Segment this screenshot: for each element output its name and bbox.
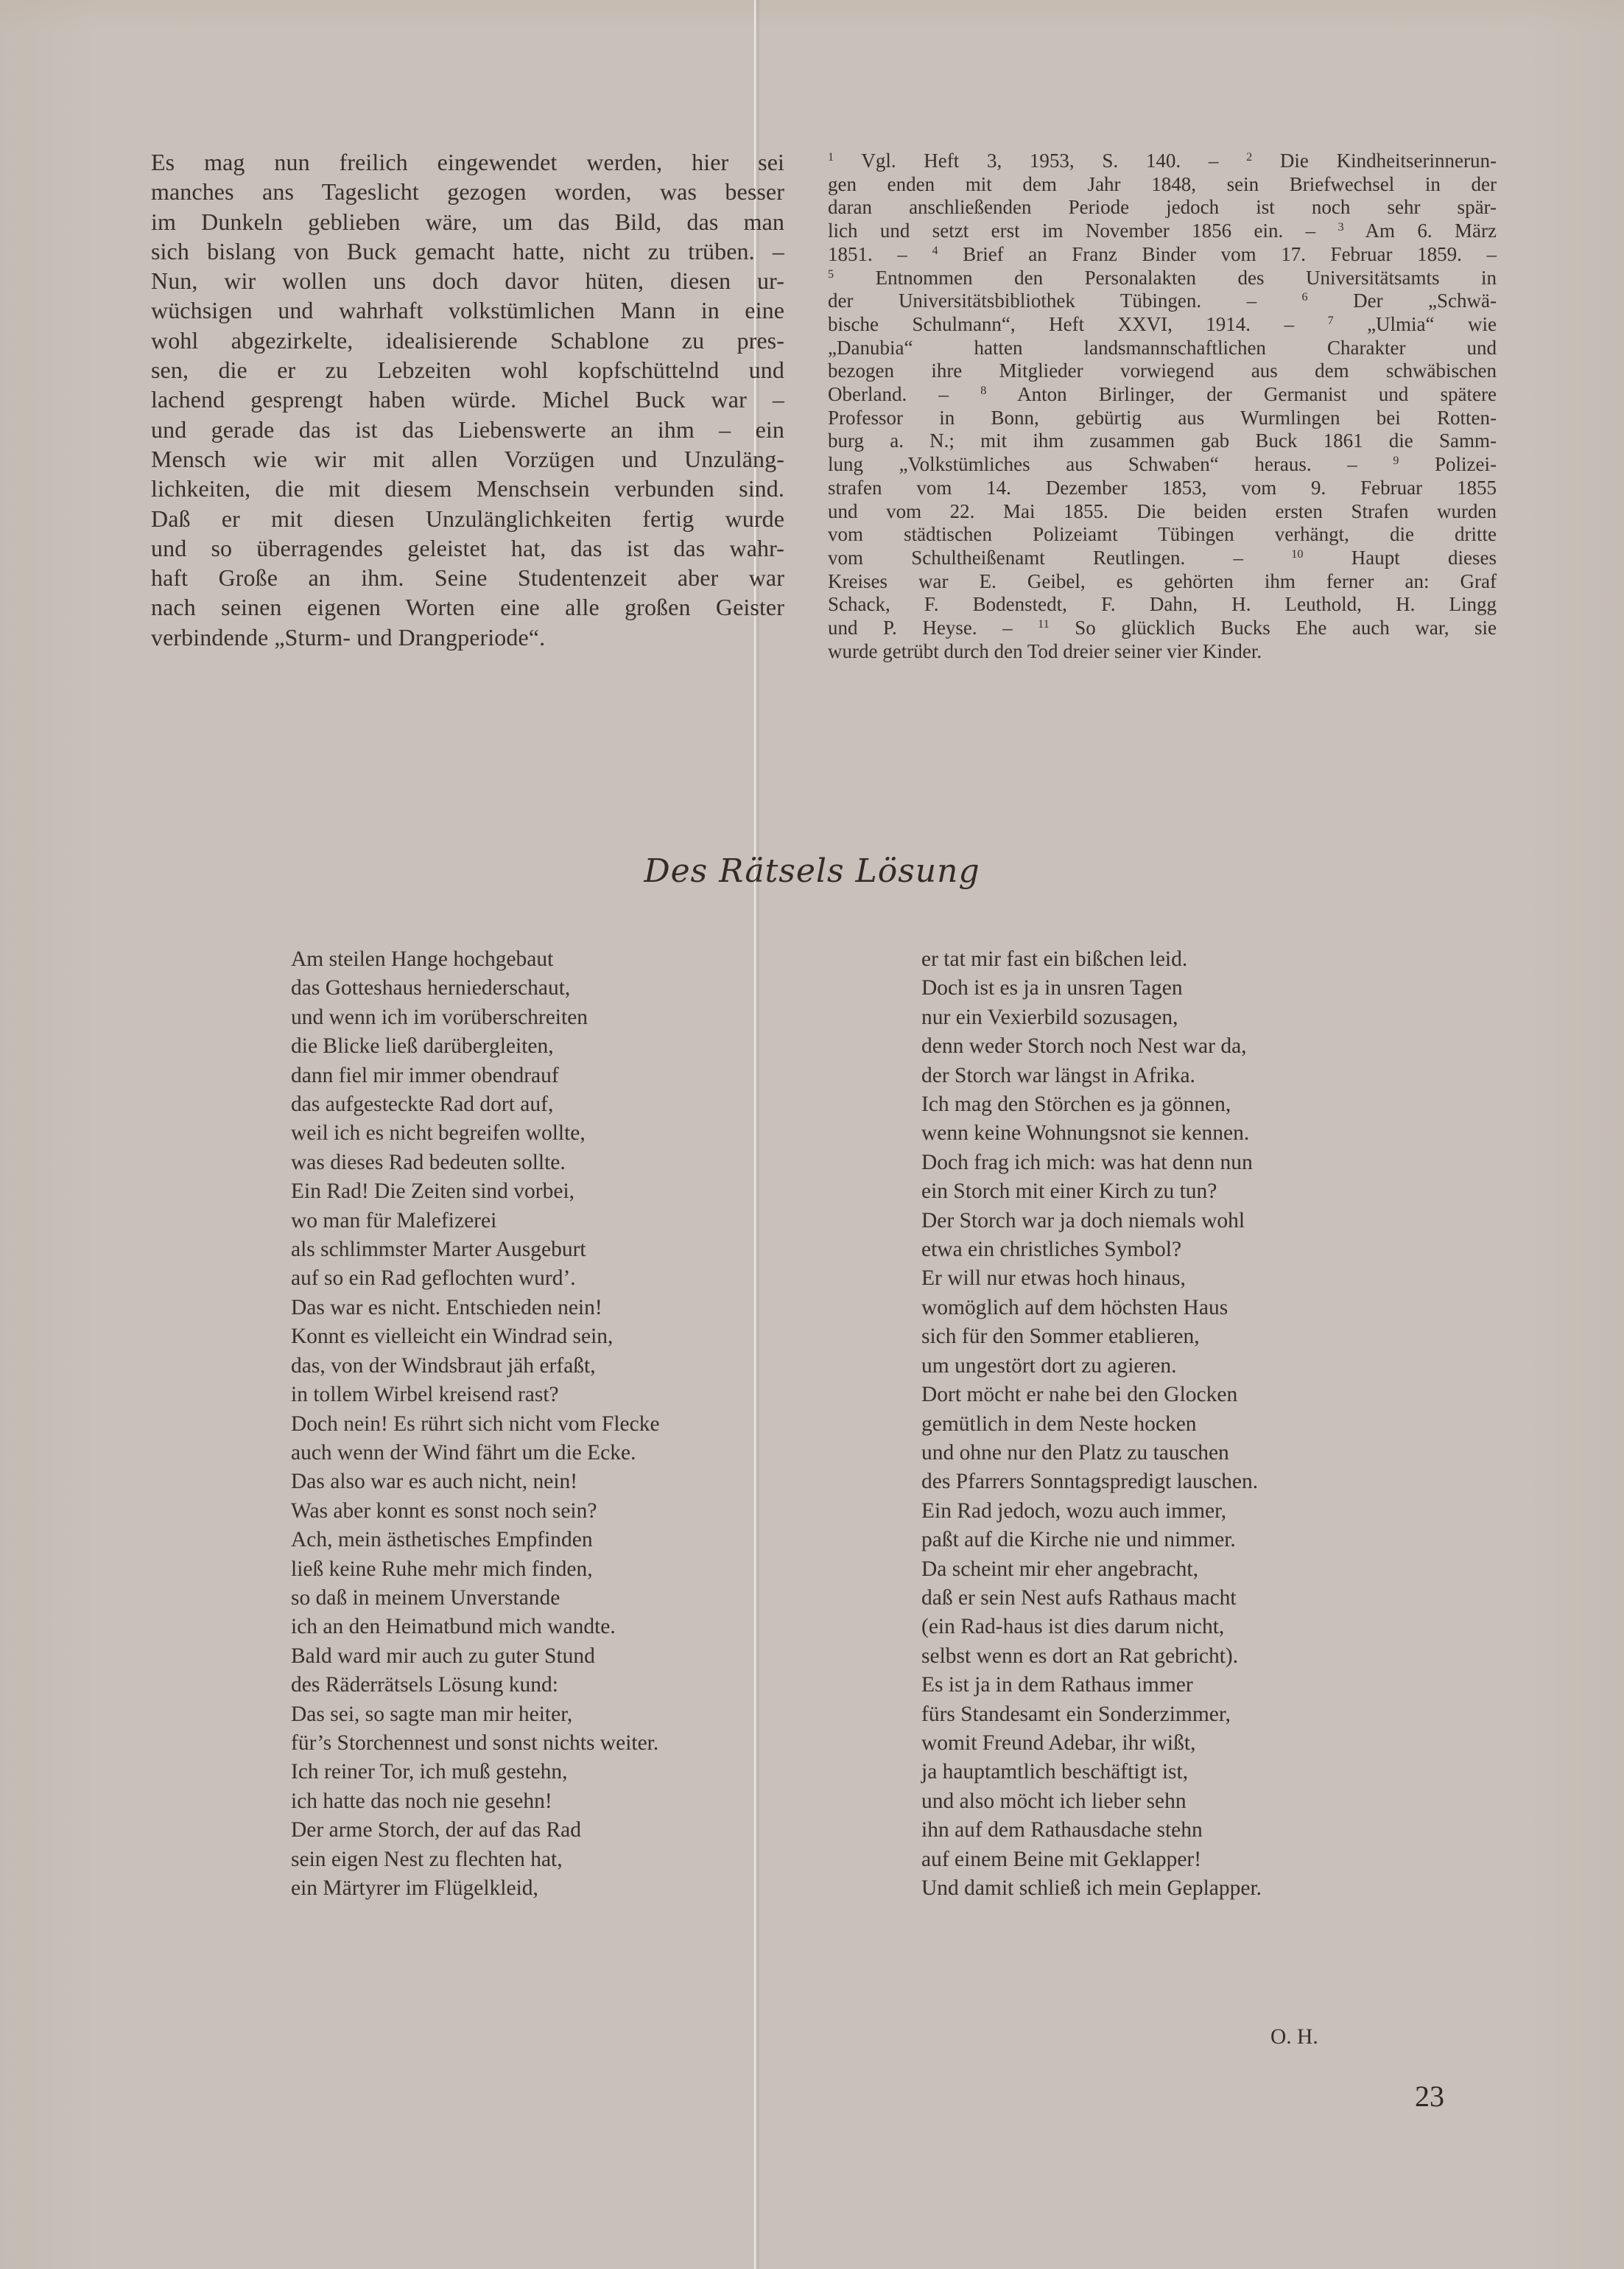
poem-verse: Und damit schließ ich mein Geplapper. (921, 1874, 1262, 1903)
poem-verse: dann fiel mir immer obendrauf (291, 1062, 660, 1090)
poem-verse: des Pfarrers Sonntagspredigt lauschen. (921, 1467, 1262, 1496)
poem-verse: das, von der Windsbraut jäh erfaßt, (291, 1352, 660, 1381)
poem-verse: (ein Rad-haus ist dies darum nicht, (921, 1613, 1262, 1641)
footnote-text: So glücklich Bucks Ehe auch war, sie (1050, 617, 1497, 639)
prose-line: lachend gesprengt haben würde. Michel Bu… (151, 385, 784, 414)
poem-verse: wenn keine Wohnungsnot sie kennen. (921, 1119, 1262, 1148)
poem-verse: Was aber konnt es sonst noch sein? (291, 1497, 660, 1526)
poem-verse: womöglich auf dem höchsten Haus (921, 1294, 1262, 1322)
poem-verse: auch wenn der Wind fährt um die Ecke. (291, 1439, 660, 1467)
poem-verse: fürs Standesamt ein Sonderzimmer, (921, 1700, 1262, 1729)
article-prose-column: Es mag nun freilich eingewendet werden, … (151, 147, 784, 652)
poem-verse: Ach, mein ästhetisches Empfinden (291, 1526, 660, 1554)
footnote-line: lich und setzt erst im November 1856 ein… (828, 220, 1497, 243)
poem-verse: und wenn ich im vorüberschreiten (291, 1003, 660, 1032)
footnote-line: strafen vom 14. Dezember 1853, vom 9. Fe… (828, 477, 1497, 500)
footnote-text: Oberland. – (828, 383, 980, 405)
poem-verse: ich an den Heimatbund mich wandte. (291, 1613, 660, 1641)
poem-left-column: Am steilen Hange hochgebaut das Gottesha… (291, 945, 660, 1903)
poem-verse: in tollem Wirbel kreisend rast? (291, 1381, 660, 1409)
prose-line: nach seinen eigenen Worten eine alle gro… (151, 592, 784, 622)
footnote-text: Am 6. März (1344, 220, 1497, 242)
poem-verse: Doch nein! Es rührt sich nicht vom Fleck… (291, 1410, 660, 1439)
footnote-line: bezogen ihre Mitglieder vorwiegend aus d… (828, 360, 1497, 383)
page-number: 23 (1415, 2079, 1444, 2114)
footnote-line: „Danubia“ hatten landsmannschaftlichen C… (828, 337, 1497, 360)
poem-verse: ja hauptamtlich beschäftigt ist, (921, 1758, 1262, 1786)
prose-line: verbindende „Sturm- und Drangperiode“. (151, 623, 784, 652)
footnote-text: der Universitätsbibliothek Tübingen. – (828, 290, 1302, 312)
footnote-text: Vgl. Heft 3, 1953, S. 140. – (834, 150, 1246, 172)
footnote-text: Der „Schwä- (1308, 290, 1497, 312)
poem-verse: Am steilen Hange hochgebaut (291, 945, 660, 974)
poem-verse: der Storch war längst in Afrika. (921, 1062, 1262, 1090)
footnote-text: bische Schulmann“, Heft XXVI, 1914. – (828, 313, 1328, 335)
footnote-line: Schack, F. Bodenstedt, F. Dahn, H. Leuth… (828, 593, 1497, 617)
poem-verse: er tat mir fast ein bißchen leid. (921, 945, 1262, 974)
poem-verse: die Blicke ließ darübergleiten, (291, 1032, 660, 1061)
prose-line: und so überragendes geleistet hat, das i… (151, 533, 784, 563)
poem-verse: und ohne nur den Platz zu tauschen (921, 1439, 1262, 1467)
prose-line: sen, die er zu Lebzeiten wohl kopfschütt… (151, 355, 784, 385)
footnote-text: „Ulmia“ wie (1334, 313, 1497, 335)
footnote-line: vom Schultheißenamt Reutlingen. – 10 Hau… (828, 547, 1497, 570)
poem-verse: ihn auf dem Rathausdache stehn (921, 1816, 1262, 1845)
poem-verse: und also möcht ich lieber sehn (921, 1787, 1262, 1816)
poem-verse: was dieses Rad bedeuten sollte. (291, 1148, 660, 1177)
footnote-text: lung „Volkstümliches aus Schwaben“ herau… (828, 453, 1393, 475)
poem-verse: denn weder Storch noch Nest war da, (921, 1032, 1262, 1061)
footnote-marker: 5 (828, 267, 834, 281)
poem-verse: als schlimmster Marter Ausgeburt (291, 1235, 660, 1264)
poem-verse: auf einem Beine mit Geklapper! (921, 1845, 1262, 1874)
poem-verse: womit Freund Adebar, ihr wißt, (921, 1729, 1262, 1758)
footnote-text: Anton Birlinger, der Germanist und späte… (986, 383, 1497, 405)
footnote-marker: 7 (1328, 314, 1334, 327)
footnote-text: lich und setzt erst im November 1856 ein… (828, 220, 1338, 242)
poem-verse: gemütlich in dem Neste hocken (921, 1410, 1262, 1439)
poem-verse: weil ich es nicht begreifen wollte, (291, 1119, 660, 1148)
footnote-line: 5 Entnommen den Personalakten des Univer… (828, 267, 1497, 290)
prose-line: Nun, wir wollen uns doch davor hüten, di… (151, 266, 784, 295)
poem-verse: Das sei, so sagte man mir heiter, (291, 1700, 660, 1729)
footnote-marker: 10 (1291, 547, 1303, 561)
poem-verse: paßt auf die Kirche nie und nimmer. (921, 1526, 1262, 1554)
footnote-line: bische Schulmann“, Heft XXVI, 1914. – 7 … (828, 313, 1497, 337)
poem-verse: Das war es nicht. Entschieden nein! (291, 1294, 660, 1322)
footnote-text: Entnommen den Personalakten des Universi… (834, 267, 1497, 289)
footnote-marker: 1 (828, 150, 834, 164)
footnote-line: gen enden mit dem Jahr 1848, sein Briefw… (828, 173, 1497, 197)
footnote-text: Polizei- (1399, 453, 1497, 475)
poem-verse: sich für den Sommer etablieren, (921, 1322, 1262, 1351)
prose-line: Daß er mit diesen Unzulänglichkeiten fer… (151, 504, 784, 533)
poem-verse: Dort möcht er nahe bei den Glocken (921, 1381, 1262, 1409)
poem-right-column: er tat mir fast ein bißchen leid. Doch i… (921, 945, 1262, 1903)
prose-line: wohl abgezirkelte, idealisierende Schabl… (151, 326, 784, 355)
footnote-line: 1851. – 4 Brief an Franz Binder vom 17. … (828, 243, 1497, 267)
poem-verse: Der arme Storch, der auf das Rad (291, 1816, 660, 1845)
poem-verse: ließ keine Ruhe mehr mich finden, (291, 1555, 660, 1584)
poem-verse: Doch frag ich mich: was hat denn nun (921, 1148, 1262, 1177)
poem-title: Des Rätsels Lösung (0, 852, 1624, 890)
footnote-text: Die Kindheitserinnerun- (1252, 150, 1497, 172)
footnote-line: wurde getrübt durch den Tod dreier seine… (828, 640, 1497, 664)
footnote-text: 1851. – (828, 243, 932, 265)
prose-line: manches ans Tageslicht gezogen worden, w… (151, 177, 784, 206)
footnote-line: daran anschließenden Periode jedoch ist … (828, 196, 1497, 220)
footnote-line: und vom 22. Mai 1855. Die beiden ersten … (828, 500, 1497, 524)
prose-line: wüchsigen und wahrhaft volkstümlichen Ma… (151, 295, 784, 325)
poem-verse: Das also war es auch nicht, nein! (291, 1467, 660, 1496)
poem-verse: Es ist ja in dem Rathaus immer (921, 1671, 1262, 1700)
prose-line: sich bislang von Buck gemacht hatte, nic… (151, 236, 784, 266)
footnote-line: Professor in Bonn, gebürtig aus Wurmling… (828, 407, 1497, 430)
footnote-line: burg a. N.; mit ihm zusammen gab Buck 18… (828, 429, 1497, 453)
poem-verse: das aufgesteckte Rad dort auf, (291, 1090, 660, 1119)
footnote-marker: 4 (932, 244, 938, 257)
footnote-text: Haupt dieses (1303, 547, 1497, 569)
poem-verse: ich hatte das noch nie gesehn! (291, 1787, 660, 1816)
poem-verse: des Räderrätsels Lösung kund: (291, 1671, 660, 1700)
poem-verse: um ungestört dort zu agieren. (921, 1352, 1262, 1381)
poem-verse: das Gotteshaus herniederschaut, (291, 974, 660, 1003)
footnote-marker: 6 (1302, 290, 1308, 304)
poem-verse: auf so ein Rad geflochten wurd’. (291, 1264, 660, 1293)
footnote-marker: 11 (1038, 617, 1050, 631)
poem-verse: Der Storch war ja doch niemals wohl (921, 1207, 1262, 1235)
footnote-text: Brief an Franz Binder vom 17. Februar 18… (938, 243, 1497, 265)
poem-verse: Da scheint mir eher angebracht, (921, 1555, 1262, 1584)
poem-verse: Er will nur etwas hoch hinaus, (921, 1264, 1262, 1293)
footnote-line: Kreises war E. Geibel, es gehörten ihm f… (828, 570, 1497, 594)
poem-verse: Ein Rad jedoch, wozu auch immer, (921, 1497, 1262, 1526)
prose-line: haft Große an ihm. Seine Studentenzeit a… (151, 563, 784, 592)
footnote-marker: 2 (1246, 150, 1252, 164)
poem-verse: Ein Rad! Die Zeiten sind vorbei, (291, 1177, 660, 1206)
poem-verse: so daß in meinem Unverstande (291, 1584, 660, 1613)
poem-verse: etwa ein christliches Symbol? (921, 1235, 1262, 1264)
prose-line: Es mag nun freilich eingewendet werden, … (151, 147, 784, 177)
poem-verse: Doch ist es ja in unsren Tagen (921, 974, 1262, 1003)
poem-verse: Ich reiner Tor, ich muß gestehn, (291, 1758, 660, 1786)
poem-verse: selbst wenn es dort an Rat gebricht). (921, 1642, 1262, 1671)
footnote-line: Oberland. – 8 Anton Birlinger, der Germa… (828, 383, 1497, 407)
poem-verse: Ich mag den Störchen es ja gönnen, (921, 1090, 1262, 1119)
poem-verse: sein eigen Nest zu flechten hat, (291, 1845, 660, 1874)
poem-verse: für’s Storchennest und sonst nichts weit… (291, 1729, 660, 1758)
footnote-marker: 3 (1338, 220, 1344, 234)
poem-verse: ein Märtyrer im Flügelkleid, (291, 1874, 660, 1903)
footnote-line: und P. Heyse. – 11 So glücklich Bucks Eh… (828, 617, 1497, 640)
prose-line: im Dunkeln geblieben wäre, um das Bild, … (151, 207, 784, 236)
footnote-line: lung „Volkstümliches aus Schwaben“ herau… (828, 453, 1497, 477)
footnote-line: vom städtischen Polizeiamt Tübingen verh… (828, 523, 1497, 547)
footnote-text: und P. Heyse. – (828, 617, 1038, 639)
footnote-line: der Universitätsbibliothek Tübingen. – 6… (828, 290, 1497, 313)
poem-verse: Konnt es vielleicht ein Windrad sein, (291, 1322, 660, 1351)
prose-line: lichkeiten, die mit diesem Menschsein ve… (151, 474, 784, 503)
poem-verse: wo man für Malefizerei (291, 1207, 660, 1235)
footnotes-column: 1 Vgl. Heft 3, 1953, S. 140. – 2 Die Kin… (828, 150, 1497, 663)
footnote-line: 1 Vgl. Heft 3, 1953, S. 140. – 2 Die Kin… (828, 150, 1497, 173)
footnote-text: vom Schultheißenamt Reutlingen. – (828, 547, 1291, 569)
poem-verse: nur ein Vexierbild sozusagen, (921, 1003, 1262, 1032)
poem-verse: Bald ward mir auch zu guter Stund (291, 1642, 660, 1671)
poem-verse: ein Storch mit einer Kirch zu tun? (921, 1177, 1262, 1206)
prose-line: Mensch wie wir mit allen Vorzügen und Un… (151, 444, 784, 474)
poem-verse: daß er sein Nest aufs Rathaus macht (921, 1584, 1262, 1613)
poem-author-signature: O. H. (1270, 2025, 1318, 2049)
prose-line: und gerade das ist das Liebenswerte an i… (151, 415, 784, 444)
